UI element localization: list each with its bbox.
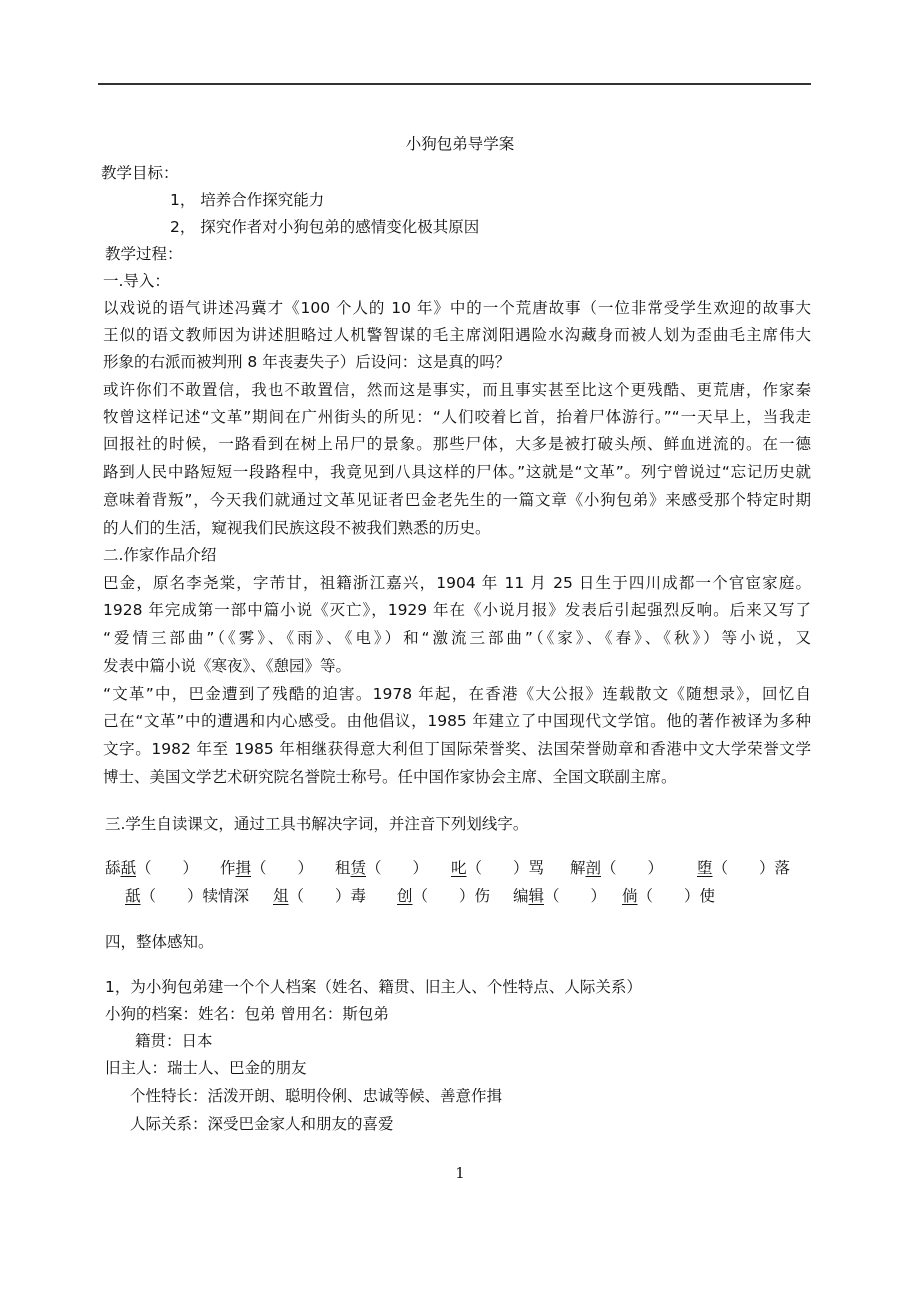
paragraph-line: 以戏说的语气讲述冯冀才《100 个人的 10 年》中的一个荒唐故事（一位非常受学… [103,298,811,318]
vocab-item: 解剖（ ） [570,858,663,878]
vocab-item: 编辑（ ） [513,886,606,906]
vocab-item: 租赁（ ） [335,858,428,878]
paragraph-line: 1928 年完成第一部中篇小说《灭亡》，1929 年在《小说月报》发表后引起强烈… [103,600,811,620]
paragraph-line: “文革”中，巴金遭到了残酷的迫害。1978 年起，在香港《大公报》连载散文《随想… [103,684,811,704]
section-heading-author: 二.作家作品介绍 [103,545,216,565]
paragraph-line: 回报社的时候，一路看到在树上吊尸的景象。那些尸体，大多是被打破头颅、鲜血迸流的。… [103,434,811,454]
profile-line: 人际关系：深受巴金家人和朋友的喜爱 [130,1114,394,1134]
paragraph-line: 路到人民中路短短一段路程中，我竟见到八具这样的尸体。”这就是“文革”。列宁曾说过… [103,462,811,482]
vocab-item: 叱（ ）骂 [451,858,544,878]
paragraph-line: 或许你们不敢置信，我也不敢置信，然而这是事实，而且事实甚至比这个更残酷、更荒唐，… [103,380,811,400]
objectives-heading: 教学目标： [101,163,179,183]
paragraph-line: 的人们的生活，窥视我们民族这段不被我们熟悉的历史。 [103,518,491,538]
vocab-item: 倘（ ）使 [622,886,715,906]
objective-item: 1， 培养合作探究能力 [170,190,324,210]
profile-line: 小狗的档案：姓名：包弟 曾用名：斯包弟 [105,1004,389,1024]
paragraph-line: 己在“文革”中的遭遇和内心感受。由他倡议，1985 年建立了中国现代文学馆。他的… [103,711,811,731]
paragraph-line: 博士、美国文学艺术研究院名誉院士称号。任中国作家协会主席、全国文联副主席。 [103,767,677,787]
paragraph-line: 发表中篇小说《寒夜》、《憩园》等。 [103,656,351,676]
page-number: 1 [0,1163,920,1183]
vocab-item: 舔舐（ ） [105,858,198,878]
objective-item: 2， 探究作者对小狗包弟的感情变化极其原因 [170,217,479,237]
document-title: 小狗包弟导学案 [0,134,920,154]
paragraph-line: 形象的右派而被判刑 8 年丧妻失子）后设问：这是真的吗？ [103,352,510,372]
vocab-item: 作揖（ ） [220,858,313,878]
paragraph-line: 牧曾这样记述“文革”期间在广州街头的所见：“人们咬着匕首，抬着尸体游行。”“一天… [103,407,811,427]
document-page: 小狗包弟导学案 教学目标： 1， 培养合作探究能力 2， 探究作者对小狗包弟的感… [0,0,920,1300]
paragraph-line: “爱情三部曲”（《雾》、《雨》、《电》）和“激流三部曲”（《家》、《春》、《秋》… [103,628,811,648]
section-heading-overview: 四，整体感知。 [105,932,214,952]
profile-line: 旧主人：瑞士人、巴金的朋友 [105,1058,307,1078]
profile-line: 个性特长：活泼开朗、聪明伶俐、忠诚等候、善意作揖 [130,1086,502,1106]
section-heading-vocab: 三.学生自读课文，通过工具书解决字词，并注音下列划线字。 [105,814,528,834]
paragraph-line: 王似的语文教师因为讲述胆略过人机警智谋的毛主席浏阳遇险水沟藏身而被人划为歪曲毛主… [103,325,811,345]
task-line: 1，为小狗包弟建一个个人档案（姓名、籍贯、旧主人、个性特点、人际关系） [105,977,642,997]
section-heading-intro: 一.导入： [103,271,170,291]
paragraph-line: 巴金，原名李尧棠，字芾甘，祖籍浙江嘉兴，1904 年 11 月 25 日生于四川… [103,573,811,593]
profile-line: 籍贯：日本 [135,1031,213,1051]
vocab-item: 创（ ）伤 [397,886,490,906]
process-heading: 教学过程： [105,244,183,264]
vocab-item: 堕（ ）落 [697,858,790,878]
vocab-row: 舐（ ）犊情深 俎（ ）毒 创（ ）伤 编辑（ ） 倘（ ）使 [0,886,920,908]
vocab-row: 舔舐（ ） 作揖（ ） 租赁（ ） 叱（ ）骂 解剖（ ） 堕（ ）落 [0,858,920,880]
vocab-item: 舐（ ）犊情深 [125,886,249,906]
paragraph-line: 意味着背叛”，今天我们就通过文革见证者巴金老先生的一篇文章《小狗包弟》来感受那个… [103,490,811,510]
paragraph-line: 文字。1982 年至 1985 年相继获得意大利但丁国际荣誉奖、法国荣誉勋章和香… [103,739,811,759]
header-rule [98,83,811,85]
vocab-item: 俎（ ）毒 [273,886,366,906]
